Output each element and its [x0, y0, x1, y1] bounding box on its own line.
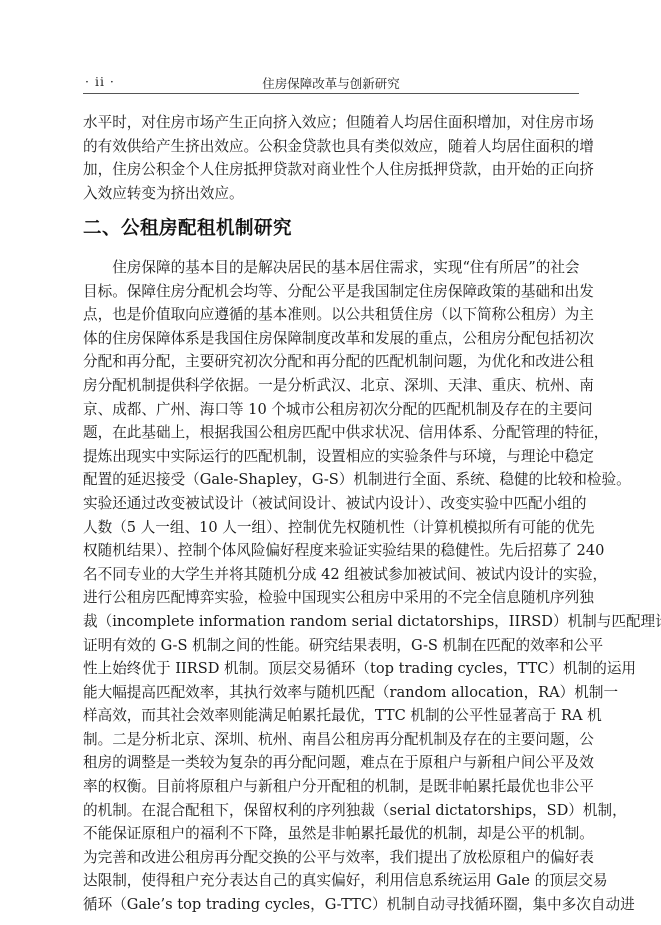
text-line: 裁（incomplete information random serial d…	[83, 610, 579, 634]
text-line: 率的权衡。目前将原租户与新租户分开配租的机制，是既非帕累托最优也非公平	[83, 775, 579, 799]
text-line: 进行公租房匹配博弈实验，检验中国现实公租房中采用的不完全信息随机序列独	[83, 586, 579, 610]
text-line: 达限制，使得租户充分表达自己的真实偏好，利用信息系统运用 Gale 的顶层交易	[83, 869, 579, 893]
running-head: · ii · 住房保障改革与创新研究	[83, 74, 579, 92]
text-line: 人数（5 人一组、10 人一组）、控制优先权随机性（计算机模拟所有可能的优先	[83, 516, 579, 540]
section-paragraph: 住房保障的基本目的是解决居民的基本居住需求，实现“住有所居”的社会 目标。保障住…	[83, 256, 579, 917]
text-line: 入效应转变为挤出效应。	[83, 182, 579, 206]
text-line: 住房保障的基本目的是解决居民的基本居住需求，实现“住有所居”的社会	[83, 256, 579, 280]
text-line: 房分配机制提供科学依据。一是分析武汉、北京、深圳、天津、重庆、杭州、南	[83, 374, 579, 398]
text-line: 租房的调整是一类较为复杂的再分配问题，难点在于原租户与新租户间公平及效	[83, 751, 579, 775]
text-line: 循环（Gale’s top trading cycles，G-TTC）机制自动寻…	[83, 893, 579, 917]
text-line: 体的住房保障体系是我国住房保障制度改革和发展的重点，公租房分配包括初次	[83, 327, 579, 351]
text-line: 的有效供给产生挤出效应。公积金贷款也具有类似效应，随着人均居住面积的增	[83, 135, 579, 159]
text-line: 加，住房公积金个人住房抵押贷款对商业性个人住房抵押贷款，由开始的正向挤	[83, 158, 579, 182]
text-line: 性上始终优于 IIRSD 机制。顶层交易循环（top trading cycle…	[83, 657, 579, 681]
text-line: 不能保证原租户的福利不下降，虽然是非帕累托最优的机制，却是公平的机制。	[83, 822, 579, 846]
text-line: 京、成都、广州、海口等 10 个城市公租房初次分配的匹配机制及存在的主要问	[83, 398, 579, 422]
text-line: 点，也是价值取向应遵循的基本准则。以公共租赁住房（以下简称公租房）为主	[83, 303, 579, 327]
text-line: 题，在此基础上，根据我国公租房匹配中供求状况、信用体系、分配管理的特征，	[83, 421, 579, 445]
text-line: 分配和再分配，主要研究初次分配和再分配的匹配机制问题，为优化和改进公租	[83, 350, 579, 374]
text-line: 制。二是分析北京、深圳、杭州、南昌公租房再分配机制及存在的主要问题，公	[83, 728, 579, 752]
text-line: 实验还通过改变被试设计（被试间设计、被试内设计）、改变实验中匹配小组的	[83, 492, 579, 516]
text-line: 提炼出现实中实际运行的匹配机制，设置相应的实验条件与环境，与理论中稳定	[83, 445, 579, 469]
text-line: 为完善和改进公租房再分配交换的公平与效率，我们提出了放松原租户的偏好表	[83, 846, 579, 870]
text-line: 配置的延迟接受（Gale-Shapley，G-S）机制进行全面、系统、稳健的比较…	[83, 468, 579, 492]
text-line: 水平时，对住房市场产生正向挤入效应；但随着人均居住面积增加，对住房市场	[83, 111, 579, 135]
text-line: 能大幅提高匹配效率，其执行效率与随机匹配（random allocation，R…	[83, 681, 579, 705]
header-rule	[83, 93, 579, 94]
text-line: 名不同专业的大学生并将其随机分成 42 组被试参加被试间、被试内设计的实验，	[83, 563, 579, 587]
text-line: 目标。保障住房分配机会均等、分配公平是我国制定住房保障政策的基础和出发	[83, 280, 579, 304]
text-line: 证明有效的 G-S 机制之间的性能。研究结果表明，G-S 机制在匹配的效率和公平	[83, 634, 579, 658]
section-heading: 二、公租房配租机制研究	[83, 214, 292, 240]
text-line: 权随机结果）、控制个体风险偏好程度来验证实验结果的稳健性。先后招募了 240	[83, 539, 579, 563]
book-title: 住房保障改革与创新研究	[83, 74, 579, 92]
continued-paragraph: 水平时，对住房市场产生正向挤入效应；但随着人均居住面积增加，对住房市场 的有效供…	[83, 111, 579, 205]
text-line: 的机制。在混合配租下，保留权利的序列独裁（serial dictatorship…	[83, 799, 579, 823]
text-line: 样高效，而其社会效率则能满足帕累托最优，TTC 机制的公平性显著高于 RA 机	[83, 704, 579, 728]
